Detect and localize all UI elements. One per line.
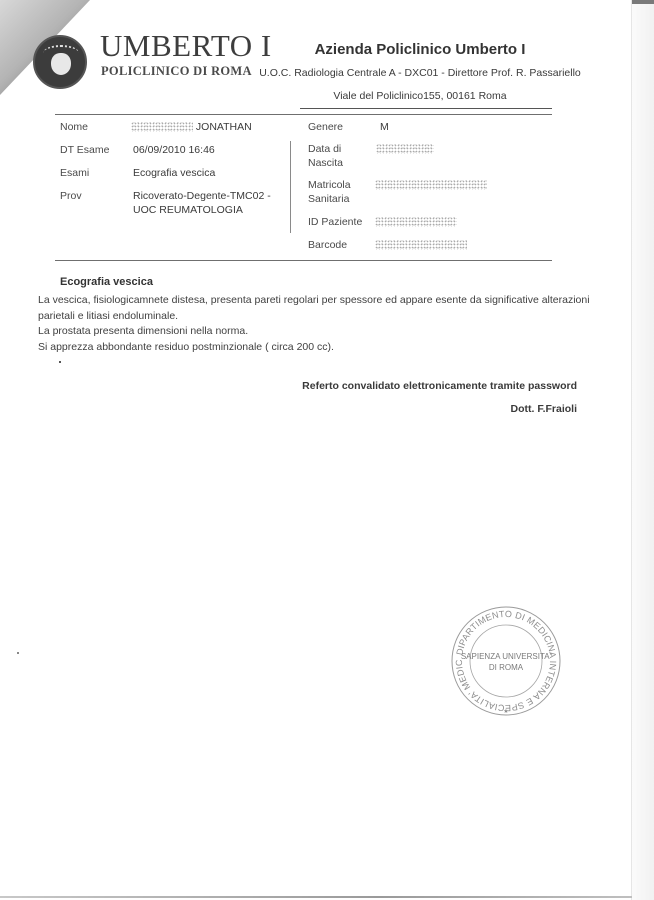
edge-mark [632,0,654,4]
label-dt-esame: DT Esame [60,143,109,157]
validation-note: Referto convalidato elettronicamente tra… [302,380,577,392]
label-id-paziente: ID Paziente [308,215,362,229]
redacted-surname [131,122,193,132]
patient-first-name: JONATHAN [196,121,252,133]
redacted-id-paziente [375,217,457,227]
report-title: Ecografia vescica [60,276,153,288]
department-stamp-icon: DIPARTIMENTO DI MEDICINA INTERNA E SPECI… [450,605,562,717]
organization-name: Azienda Policlinico Umberto I [250,41,590,58]
scanned-page-bottom-edge [0,896,632,898]
label-data-nascita-line2: Nascita [308,156,343,170]
stray-mark [59,361,61,363]
report-paragraph: La vescica, fisiologicamnete distesa, pr… [38,293,598,324]
logo-title: UMBERTO I [100,30,272,61]
stray-mark [17,652,19,654]
value-nome: JONATHAN [131,120,252,134]
doctor-signature: Dott. F.Fraioli [511,403,578,415]
value-matricola-sanitaria [375,178,487,192]
value-prov-line2: UOC REUMATOLOGIA [133,203,271,217]
scanned-page-right-edge [631,0,654,900]
label-data-nascita: Data di Nascita [308,142,343,170]
label-barcode: Barcode [308,238,347,252]
info-top-rule [55,114,552,115]
report-paragraph: Si apprezza abbondante residuo postminzi… [38,340,598,356]
stamp-star-icon: ★ [503,708,508,715]
redacted-barcode [375,240,467,250]
value-prov-line1: Ricoverato-Degente-TMC02 - [133,189,271,203]
label-matricola-sanitaria: Matricola Sanitaria [308,178,351,206]
value-id-paziente [375,215,457,229]
value-genere: M [380,120,389,134]
label-matricola-line1: Matricola [308,178,351,192]
report-paragraph: La prostata presenta dimensioni nella no… [38,324,598,340]
stamp-inner-line1: SAPIENZA UNIVERSITA' [461,652,552,661]
label-matricola-line2: Sanitaria [308,192,351,206]
logo-subtitle: POLICLINICO DI ROMA [101,64,252,79]
value-esami: Ecografia vescica [133,166,215,180]
report-body: La vescica, fisiologicamnete distesa, pr… [38,293,598,355]
redacted-matricola [375,180,487,190]
label-genere: Genere [308,120,343,134]
label-nome: Nome [60,120,88,134]
value-prov: Ricoverato-Degente-TMC02 - UOC REUMATOLO… [133,189,271,217]
redacted-birthdate [376,144,434,154]
medusa-head-emblem-icon [33,35,87,89]
label-esami: Esami [60,166,89,180]
info-bottom-rule [55,260,552,261]
info-column-divider [290,141,291,233]
label-data-nascita-line1: Data di [308,142,343,156]
address-line: Viale del Policlinico155, 00161 Roma [250,90,590,102]
department-line: U.O.C. Radiologia Centrale A - DXC01 - D… [250,67,590,79]
stamp-inner-line2: DI ROMA [489,663,524,672]
value-data-nascita [376,142,434,156]
header-rule [300,108,552,109]
emblem-face [51,53,71,75]
label-prov: Prov [60,189,82,203]
value-barcode [375,238,467,252]
value-dt-esame: 06/09/2010 16:46 [133,143,215,157]
